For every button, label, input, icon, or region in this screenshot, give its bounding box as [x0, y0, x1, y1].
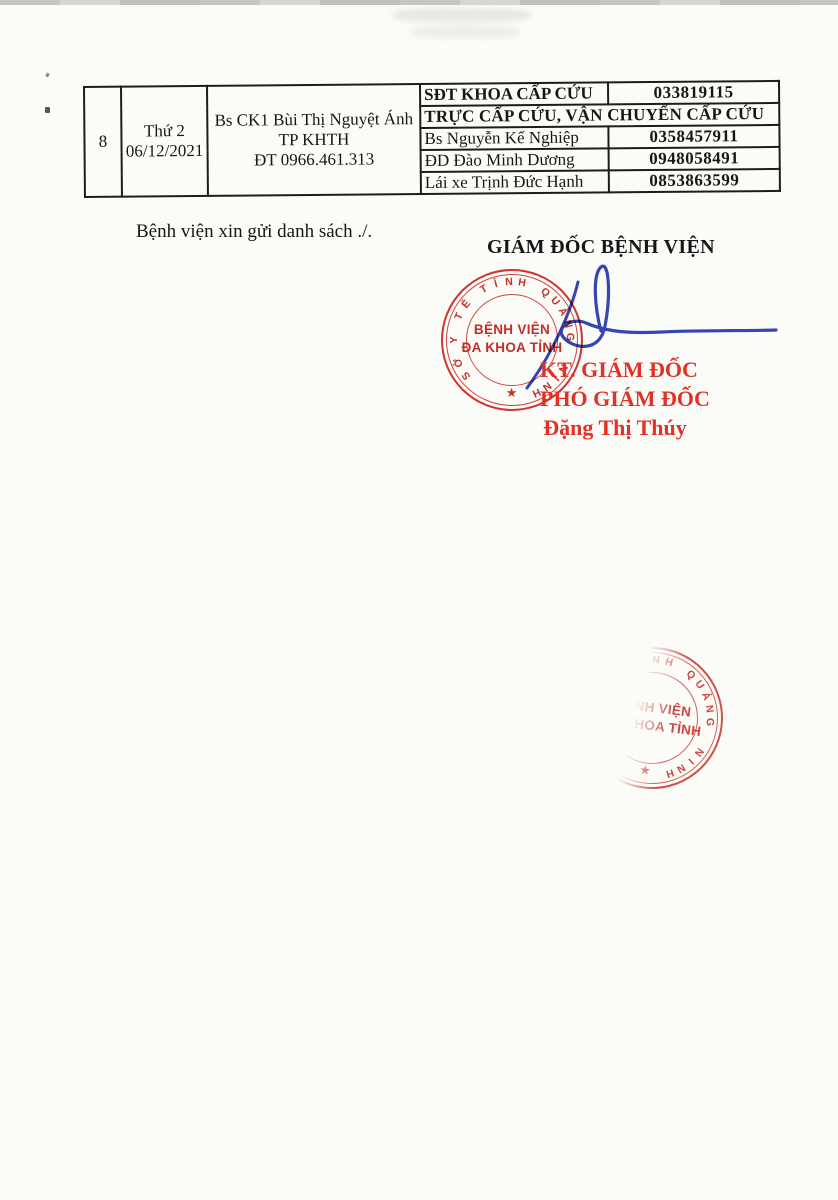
seal-ring-letter: Ế	[604, 670, 617, 683]
er-phone-value-cell: 033819115	[608, 81, 779, 105]
scan-smudge	[410, 26, 520, 38]
er-phone-label-cell: SĐT KHOA CẤP CỨU	[420, 82, 608, 106]
seal-ring-letter: U	[692, 678, 706, 691]
seal-ring-letter: H	[664, 656, 675, 670]
seal-ring-letter: S	[595, 742, 609, 754]
dust-speck	[45, 107, 50, 113]
duty-schedule-table: 8 Thứ 2 06/12/2021 Bs CK1 Bùi Thị Nguyệt…	[83, 80, 781, 198]
kt-line: KT. GIÁM ĐỐC	[540, 355, 690, 384]
scan-smudge	[392, 8, 532, 22]
staff-name-cell: Bs Nguyễn Kế Nghiệp	[420, 127, 608, 151]
signer-name: Đặng Thị Thúy	[540, 413, 690, 442]
closing-note: Bệnh viện xin gửi danh sách ./.	[136, 221, 372, 243]
duty-header-cell: TRỰC CẤP CỨU, VẬN CHUYỂN CẤP CỨU	[420, 103, 779, 128]
date-text: 06/12/2021	[125, 141, 203, 162]
seal-ring-letter: T	[595, 682, 609, 694]
staff-name-cell: ĐD Đào Minh Dương	[421, 149, 609, 173]
seal-ring-letter: Ở	[589, 728, 603, 740]
weekday-text: Thứ 2	[125, 121, 203, 142]
doctor-phone: ĐT 0966.461.313	[212, 149, 417, 171]
seal-ring-letter: G	[704, 718, 717, 727]
seal-ring-letter: Y	[588, 707, 601, 715]
seal-ring-letter: Ả	[699, 691, 713, 703]
signer-block: KT. GIÁM ĐỐC PHÓ GIÁM ĐỐC Đặng Thị Thúy	[540, 355, 690, 442]
seal-ring-letter: I	[686, 756, 696, 767]
date-cell: Thứ 2 06/12/2021	[121, 86, 208, 197]
staff-phone-cell: 0948058491	[609, 147, 780, 171]
seal-ring-letter: N	[692, 745, 706, 758]
doctor-name: Bs CK1 Bùi Thị Nguyệt Ánh	[211, 109, 416, 131]
seal-ring-letter: Q	[684, 668, 698, 682]
scanned-document-page: 8 Thứ 2 06/12/2021 Bs CK1 Bùi Thị Nguyệt…	[0, 0, 838, 1200]
doctor-cell: Bs CK1 Bùi Thị Nguyệt Ánh TP KHTH ĐT 096…	[207, 84, 421, 196]
staff-name-cell: Lái xe Trịnh Đức Hạnh	[421, 171, 609, 195]
scan-artifact-top-edge	[0, 0, 838, 5]
staff-phone-cell: 0358457911	[608, 125, 779, 149]
title-line: PHÓ GIÁM ĐỐC	[540, 384, 690, 413]
staff-phone-cell: 0853863599	[609, 169, 780, 193]
seal-ring-letter: N	[675, 761, 688, 775]
seal-ring-letter: N	[703, 704, 716, 713]
seal-ring-letter: H	[664, 766, 675, 780]
dust-speck	[45, 73, 49, 78]
seal-ring-letter: T	[625, 657, 635, 671]
seal-star-icon: ★	[638, 762, 652, 779]
partial-seal-stamp: SỞYTẾTỈNHQUẢNGNINH BỆNH VIỆN ĐA KHOA TỈN…	[573, 639, 731, 797]
row-number-cell: 8	[84, 87, 122, 198]
doctor-title: TP KHTH	[211, 129, 416, 151]
seal-ring-letter: N	[652, 654, 660, 667]
seal-ring-letter: Ỉ	[641, 655, 646, 667]
